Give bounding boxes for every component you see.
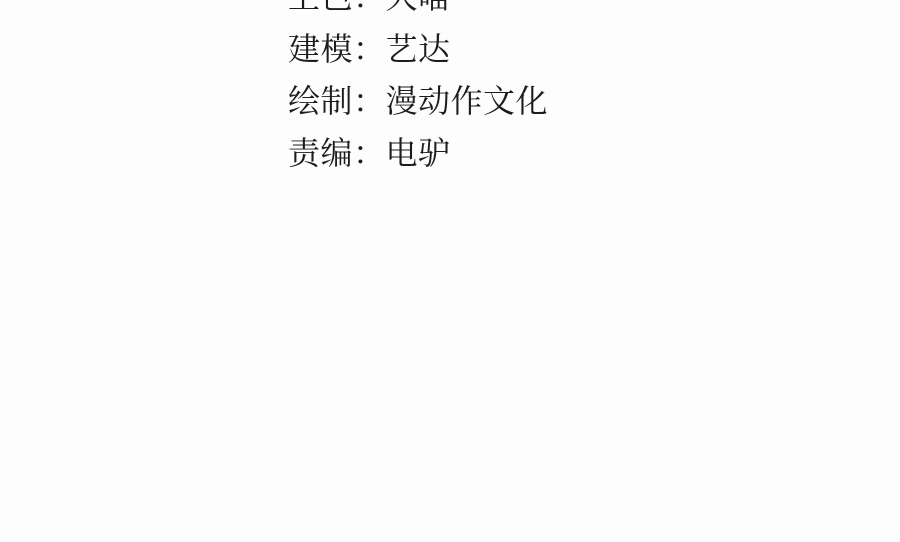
credit-line-drawing: 绘制：漫动作文化 <box>288 75 548 127</box>
credit-line-editor: 责编：电驴 <box>288 127 548 179</box>
credits-block: 上色：大喵 建模：艺达 绘制：漫动作文化 责编：电驴 <box>288 0 548 179</box>
credit-line-coloring: 上色：大喵 <box>288 0 548 23</box>
credit-line-modeling: 建模：艺达 <box>288 23 548 75</box>
comic-credits-page: 上色：大喵 建模：艺达 绘制：漫动作文化 责编：电驴 <box>0 0 900 542</box>
